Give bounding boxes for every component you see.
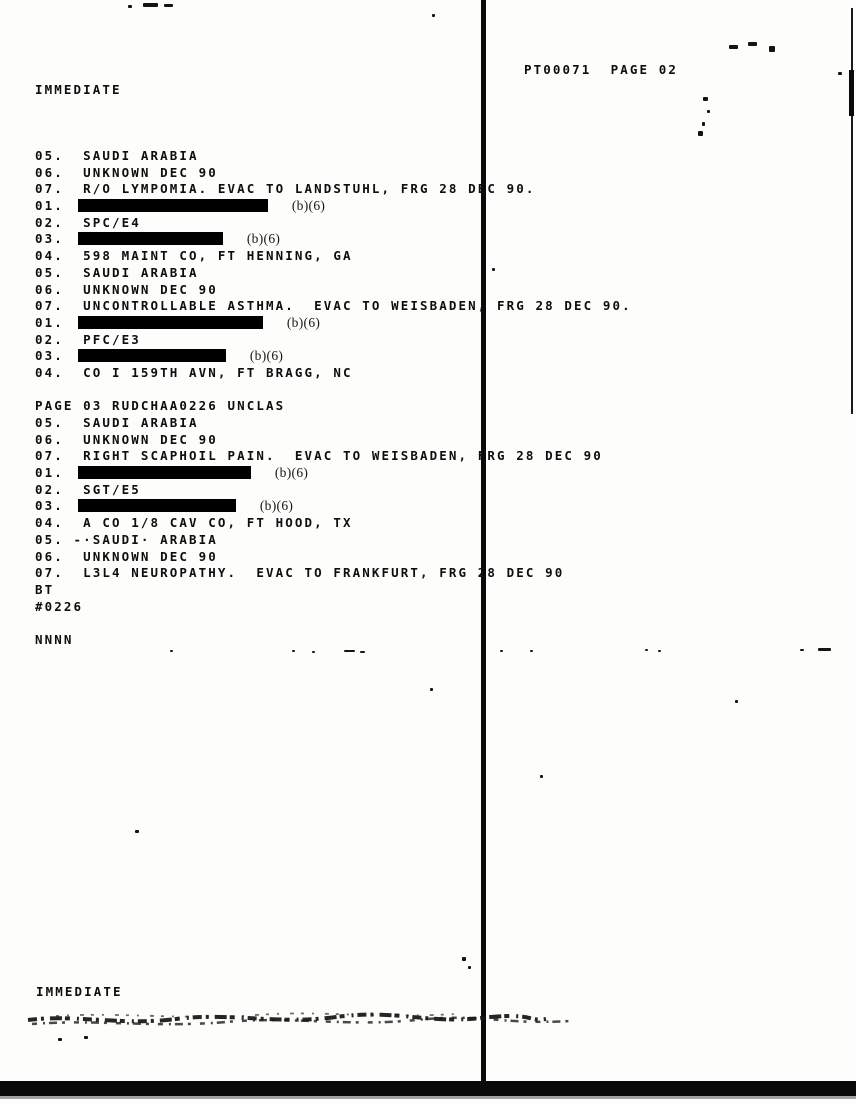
message-line: 05. SAUDI ARABIA	[35, 265, 825, 282]
message-line: 06. UNKNOWN DEC 90	[35, 432, 825, 449]
line-number: 03.	[35, 348, 64, 365]
line-number: 03.	[35, 498, 64, 515]
redaction-exemption-label: (b)(6)	[287, 315, 320, 330]
line-number: 01.	[35, 198, 64, 215]
message-line-redacted: 03.(b)(6)	[35, 348, 825, 365]
redaction-bar	[78, 466, 251, 479]
redaction-exemption-label: (b)(6)	[250, 348, 283, 363]
precedence-label-bottom: IMMEDIATE	[36, 984, 123, 999]
message-line-redacted: 03.(b)(6)	[35, 231, 825, 248]
message-line: 06. UNKNOWN DEC 90	[35, 549, 825, 566]
message-line: PAGE 03 RUDCHAA0226 UNCLAS	[35, 398, 825, 415]
message-line: #0226	[35, 599, 825, 616]
message-line: 07. L3L4 NEUROPATHY. EVAC TO FRANKFURT, …	[35, 565, 825, 582]
message-line: 06. UNKNOWN DEC 90	[35, 165, 825, 182]
line-number: 01.	[35, 465, 64, 482]
message-line: 05. -·SAUDI· ARABIA	[35, 532, 825, 549]
line-number: 01.	[35, 315, 64, 332]
message-line-redacted: 01.(b)(6)	[35, 465, 825, 482]
scan-right-edge-blob	[849, 70, 854, 116]
message-line: 02. SPC/E4	[35, 215, 825, 232]
message-line: 04. CO I 159TH AVN, FT BRAGG, NC	[35, 365, 825, 382]
message-line: 07. R/O LYMPOMIA. EVAC TO LANDSTUHL, FRG…	[35, 181, 825, 198]
precedence-label-top: IMMEDIATE	[35, 82, 122, 97]
redaction-exemption-label: (b)(6)	[260, 498, 293, 513]
page-header-reference: PT00071 PAGE 02	[524, 62, 678, 77]
message-line-redacted: 01.(b)(6)	[35, 315, 825, 332]
message-line: 07. RIGHT SCAPHOIL PAIN. EVAC TO WEISBAD…	[35, 448, 825, 465]
scan-smudge-line	[26, 1010, 586, 1036]
message-line: 02. PFC/E3	[35, 332, 825, 349]
message-line-blank	[35, 615, 825, 632]
smudge-strokes	[26, 1010, 586, 1036]
redaction-bar	[78, 499, 236, 512]
redaction-exemption-label: (b)(6)	[292, 198, 325, 213]
scanned-document-page: PT00071 PAGE 02 IMMEDIATE 05. SAUDI ARAB…	[0, 0, 856, 1104]
redaction-bar	[78, 199, 268, 212]
redaction-bar	[78, 232, 223, 245]
message-line: 05. SAUDI ARABIA	[35, 148, 825, 165]
message-line-redacted: 03.(b)(6)	[35, 498, 825, 515]
message-line-blank	[35, 382, 825, 399]
redaction-exemption-label: (b)(6)	[275, 465, 308, 480]
message-line: 04. A CO 1/8 CAV CO, FT HOOD, TX	[35, 515, 825, 532]
message-line: 06. UNKNOWN DEC 90	[35, 282, 825, 299]
scan-bottom-bar	[0, 1081, 856, 1096]
message-line: BT	[35, 582, 825, 599]
message-line: 05. SAUDI ARABIA	[35, 415, 825, 432]
line-number: 03.	[35, 231, 64, 248]
redaction-bar	[78, 349, 226, 362]
message-line: 02. SGT/E5	[35, 482, 825, 499]
redaction-bar	[78, 316, 263, 329]
redaction-exemption-label: (b)(6)	[247, 231, 280, 246]
message-line: 07. UNCONTROLLABLE ASTHMA. EVAC TO WEISB…	[35, 298, 825, 315]
scan-right-edge-line	[851, 8, 853, 414]
message-line: 04. 598 MAINT CO, FT HENNING, GA	[35, 248, 825, 265]
message-body: 05. SAUDI ARABIA06. UNKNOWN DEC 9007. R/…	[35, 148, 825, 649]
message-line-redacted: 01.(b)(6)	[35, 198, 825, 215]
scan-dot-row	[0, 646, 856, 652]
